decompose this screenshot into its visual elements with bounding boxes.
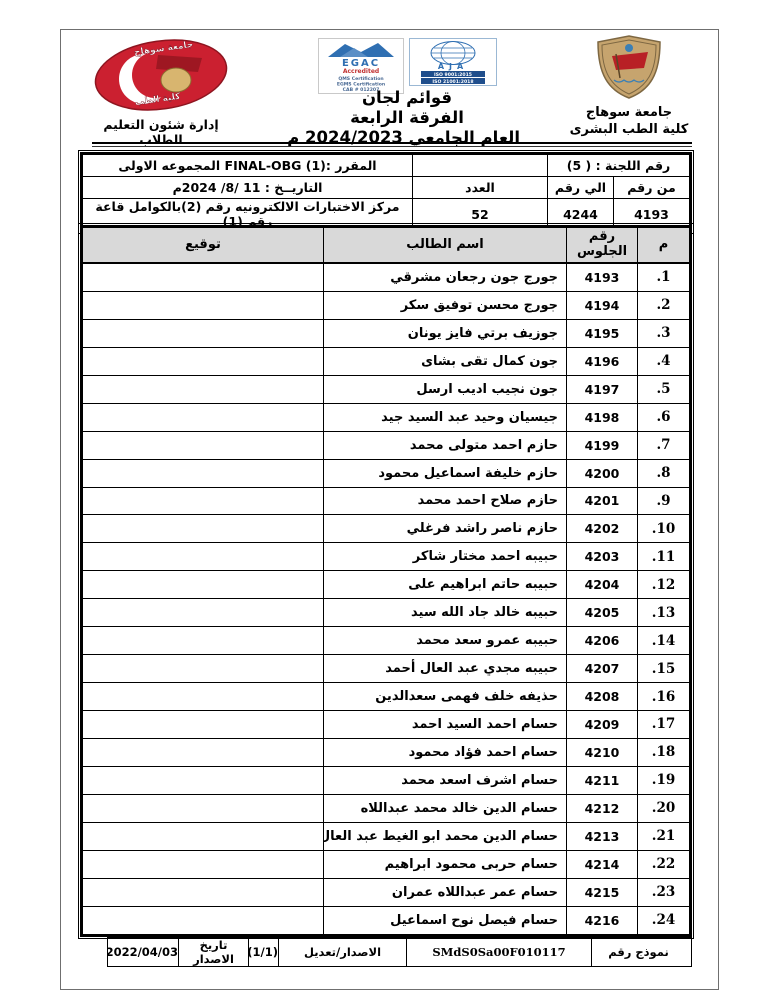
issue-date-label: تاريخ الاصدار — [179, 938, 249, 967]
signature-cell — [83, 403, 324, 431]
committee-number: رقم اللجنة : ( 5) — [548, 155, 690, 177]
signature-cell — [83, 459, 324, 487]
count-label: العدد — [413, 177, 548, 199]
signature-cell — [83, 738, 324, 766]
table-row: 22. 4214 حسام حربى محمود ابراهيم — [83, 850, 690, 878]
student-name: حبيبه مجدي عبد العال أحمد — [324, 655, 567, 683]
signature-cell — [83, 627, 324, 655]
signature-cell — [83, 878, 324, 906]
seat-number: 4209 — [567, 711, 638, 739]
signature-cell — [83, 766, 324, 794]
table-row: 11. 4203 حبيبه احمد مختار شاكر — [83, 543, 690, 571]
signature-cell — [83, 822, 324, 850]
seat-number: 4206 — [567, 627, 638, 655]
row-number: 11. — [638, 543, 690, 571]
student-name: جوزيف برتي فايز يونان — [324, 319, 567, 347]
student-name: حبيبه حاتم ابراهيم على — [324, 571, 567, 599]
students-table-header-row: م رقم الجلوس اسم الطالب توقيع — [83, 228, 690, 264]
signature-cell — [83, 794, 324, 822]
seat-number: 4203 — [567, 543, 638, 571]
student-name: حسام فيصل نوح اسماعيل — [324, 906, 567, 934]
faculty-crescent-logo-block: جامعة سوهاج كلية الطب إدارة شئون التعليم… — [84, 38, 238, 147]
signature-cell — [83, 683, 324, 711]
row-number: 7. — [638, 431, 690, 459]
col-header-signature: توقيع — [83, 228, 324, 264]
seat-number: 4194 — [567, 291, 638, 319]
signature-cell — [83, 906, 324, 934]
row-number: 22. — [638, 850, 690, 878]
table-row: 23. 4215 حسام عمر عبداللاه عمران — [83, 878, 690, 906]
student-name: حبيبه عمرو سعد محمد — [324, 627, 567, 655]
course-name: المقرر :FINAL-OBG (1) المجموعه الاولى — [83, 155, 413, 177]
seat-number: 4198 — [567, 403, 638, 431]
form-number-label: نموذج رقم — [592, 938, 692, 967]
row-number: 20. — [638, 794, 690, 822]
table-row: 3. 4195 جوزيف برتي فايز يونان — [83, 319, 690, 347]
seat-number: 4200 — [567, 459, 638, 487]
crescent-logo-icon: جامعة سوهاج كلية الطب — [92, 38, 230, 112]
egac-logo-icon: EGAC Accredited QMS Certification EGMS C… — [318, 38, 404, 94]
col-header-number: م — [638, 228, 690, 264]
student-name: حازم صلاح احمد محمد — [324, 487, 567, 515]
title-line-2: الفرقة الرابعة — [294, 108, 520, 128]
student-name: حسام احمد السيد احمد — [324, 711, 567, 739]
table-row: 17. 4209 حسام احمد السيد احمد — [83, 711, 690, 739]
signature-cell — [83, 711, 324, 739]
student-name: جون كمال تقى بشاى — [324, 347, 567, 375]
signature-cell — [83, 487, 324, 515]
seat-number: 4212 — [567, 794, 638, 822]
seat-number: 4213 — [567, 822, 638, 850]
students-table: م رقم الجلوس اسم الطالب توقيع 1. 4193 جو… — [80, 225, 692, 937]
table-row: 14. 4206 حبيبه عمرو سعد محمد — [83, 627, 690, 655]
student-name: جيسيان وحيد عبد السيد جيد — [324, 403, 567, 431]
seat-number: 4197 — [567, 375, 638, 403]
seat-number: 4205 — [567, 599, 638, 627]
student-name: حسام عمر عبداللاه عمران — [324, 878, 567, 906]
issue-value: (1/1) — [249, 938, 279, 967]
signature-cell — [83, 431, 324, 459]
student-name: حسام اشرف اسعد محمد — [324, 766, 567, 794]
seat-number: 4211 — [567, 766, 638, 794]
row-number: 13. — [638, 599, 690, 627]
row-number: 2. — [638, 291, 690, 319]
student-name: حسام الدين خالد محمد عبداللاه — [324, 794, 567, 822]
table-row: 4. 4196 جون كمال تقى بشاى — [83, 347, 690, 375]
document-title-block: قوائم لجان الفرقة الرابعة العام الجامعي … — [294, 88, 520, 148]
table-row: 19. 4211 حسام اشرف اسعد محمد — [83, 766, 690, 794]
aja-iso1-text: ISO 9001:2015 — [434, 72, 472, 78]
egac-line2-text: EGMS Certification — [336, 82, 384, 88]
row-number: 14. — [638, 627, 690, 655]
col-header-name: اسم الطالب — [324, 228, 567, 264]
signature-cell — [83, 655, 324, 683]
student-name: حازم خليفة اسماعيل محمود — [324, 459, 567, 487]
seat-number: 4210 — [567, 738, 638, 766]
student-name: جون نجيب اديب ارسل — [324, 375, 567, 403]
seat-number: 4215 — [567, 878, 638, 906]
col-header-seat: رقم الجلوس — [567, 228, 638, 264]
student-name: حازم احمد متولى محمد — [324, 431, 567, 459]
from-label: من رقم — [614, 177, 690, 199]
seat-number: 4202 — [567, 515, 638, 543]
table-row: 20. 4212 حسام الدين خالد محمد عبداللاه — [83, 794, 690, 822]
row-number: 16. — [638, 683, 690, 711]
table-row: 1. 4193 جورج جون رجعان مشرقي — [83, 263, 690, 291]
signature-cell — [83, 291, 324, 319]
row-number: 1. — [638, 263, 690, 291]
to-label: الي رقم — [548, 177, 614, 199]
header-divider — [92, 142, 692, 147]
seat-number: 4214 — [567, 850, 638, 878]
committee-info-table: رقم اللجنة : ( 5) المقرر :FINAL-OBG (1) … — [80, 152, 692, 232]
egac-accredited-text: Accredited — [342, 68, 378, 75]
aja-iso2-text: ISO 21001:2018 — [432, 79, 473, 85]
seat-number: 4199 — [567, 431, 638, 459]
exam-date: التاريــخ : 11 /8/ 2024م — [83, 177, 413, 199]
row-number: 18. — [638, 738, 690, 766]
row-number: 15. — [638, 655, 690, 683]
seat-number: 4208 — [567, 683, 638, 711]
table-row: 2. 4194 جورج محسن توفيق سكر — [83, 291, 690, 319]
row-number: 21. — [638, 822, 690, 850]
form-code: SMdS0Sa00F010117 — [407, 938, 592, 967]
student-name: حسام الدين محمد ابو الغيط عبد العال — [324, 822, 567, 850]
student-name: حذيفه خلف فهمى سعدالدين — [324, 683, 567, 711]
signature-cell — [83, 543, 324, 571]
signature-cell — [83, 571, 324, 599]
table-row: 15. 4207 حبيبه مجدي عبد العال أحمد — [83, 655, 690, 683]
seat-number: 4193 — [567, 263, 638, 291]
university-name: جامعة سوهاج — [554, 104, 704, 121]
university-shield-icon — [592, 34, 666, 100]
table-row: 16. 4208 حذيفه خلف فهمى سعدالدين — [83, 683, 690, 711]
form-footer-table: نموذج رقم SMdS0Sa00F010117 الاصدار/تعديل… — [107, 937, 692, 967]
student-name: حسام حربى محمود ابراهيم — [324, 850, 567, 878]
row-number: 5. — [638, 375, 690, 403]
table-row: 12. 4204 حبيبه حاتم ابراهيم على — [83, 571, 690, 599]
seat-number: 4195 — [567, 319, 638, 347]
row-number: 19. — [638, 766, 690, 794]
row-number: 8. — [638, 459, 690, 487]
row-number: 12. — [638, 571, 690, 599]
student-name: حبيبه احمد مختار شاكر — [324, 543, 567, 571]
table-row: 9. 4201 حازم صلاح احمد محمد — [83, 487, 690, 515]
row-number: 24. — [638, 906, 690, 934]
seat-number: 4207 — [567, 655, 638, 683]
table-row: 10. 4202 حازم ناصر راشد فرغلي — [83, 515, 690, 543]
student-rows: 1. 4193 جورج جون رجعان مشرقي 2. 4194 جور… — [83, 263, 690, 934]
seat-number: 4201 — [567, 487, 638, 515]
signature-cell — [83, 263, 324, 291]
student-name: حبيبه خالد جاد الله سيد — [324, 599, 567, 627]
seat-number: 4204 — [567, 571, 638, 599]
row-number: 4. — [638, 347, 690, 375]
row-number: 10. — [638, 515, 690, 543]
signature-cell — [83, 515, 324, 543]
certification-logos: EGAC Accredited QMS Certification EGMS C… — [294, 38, 520, 94]
info-row-2: من رقم الي رقم العدد التاريــخ : 11 /8/ … — [83, 177, 690, 199]
signature-cell — [83, 319, 324, 347]
student-name: حسام احمد فؤاد محمود — [324, 738, 567, 766]
row-number: 6. — [638, 403, 690, 431]
row-number: 3. — [638, 319, 690, 347]
document-page: جامعة سوهاج كلية الطب إدارة شئون التعليم… — [0, 0, 768, 994]
table-row: 21. 4213 حسام الدين محمد ابو الغيط عبد ا… — [83, 822, 690, 850]
egac-line1-text: QMS Certification — [338, 76, 383, 82]
row-number: 17. — [638, 711, 690, 739]
table-row: 7. 4199 حازم احمد متولى محمد — [83, 431, 690, 459]
aja-logo-icon: AJA ISO 9001:2015 ISO 21001:2018 — [409, 38, 497, 86]
student-name: جورج جون رجعان مشرقي — [324, 263, 567, 291]
signature-cell — [83, 347, 324, 375]
table-row: 8. 4200 حازم خليفة اسماعيل محمود — [83, 459, 690, 487]
signature-cell — [83, 375, 324, 403]
signature-cell — [83, 850, 324, 878]
university-logo-block: جامعة سوهاج كلية الطب البشرى — [554, 34, 704, 138]
table-row: 13. 4205 حبيبه خالد جاد الله سيد — [83, 599, 690, 627]
header-center-block: EGAC Accredited QMS Certification EGMS C… — [294, 38, 520, 148]
signature-cell — [83, 599, 324, 627]
table-row: 24. 4216 حسام فيصل نوح اسماعيل — [83, 906, 690, 934]
student-name: حازم ناصر راشد فرغلي — [324, 515, 567, 543]
issue-label: الاصدار/تعديل — [279, 938, 407, 967]
table-row: 5. 4197 جون نجيب اديب ارسل — [83, 375, 690, 403]
seat-number: 4216 — [567, 906, 638, 934]
issue-date-value: 2022/04/03 — [108, 938, 179, 967]
info-row-1: رقم اللجنة : ( 5) المقرر :FINAL-OBG (1) … — [83, 155, 690, 177]
table-row: 6. 4198 جيسيان وحيد عبد السيد جيد — [83, 403, 690, 431]
row-number: 23. — [638, 878, 690, 906]
info-empty-cell — [413, 155, 548, 177]
aja-name-text: AJA — [437, 62, 467, 71]
footer-row: نموذج رقم SMdS0Sa00F010117 الاصدار/تعديل… — [108, 938, 692, 967]
table-row: 18. 4210 حسام احمد فؤاد محمود — [83, 738, 690, 766]
seat-number: 4196 — [567, 347, 638, 375]
row-number: 9. — [638, 487, 690, 515]
faculty-name: كلية الطب البشرى — [554, 121, 704, 138]
student-name: جورج محسن توفيق سكر — [324, 291, 567, 319]
